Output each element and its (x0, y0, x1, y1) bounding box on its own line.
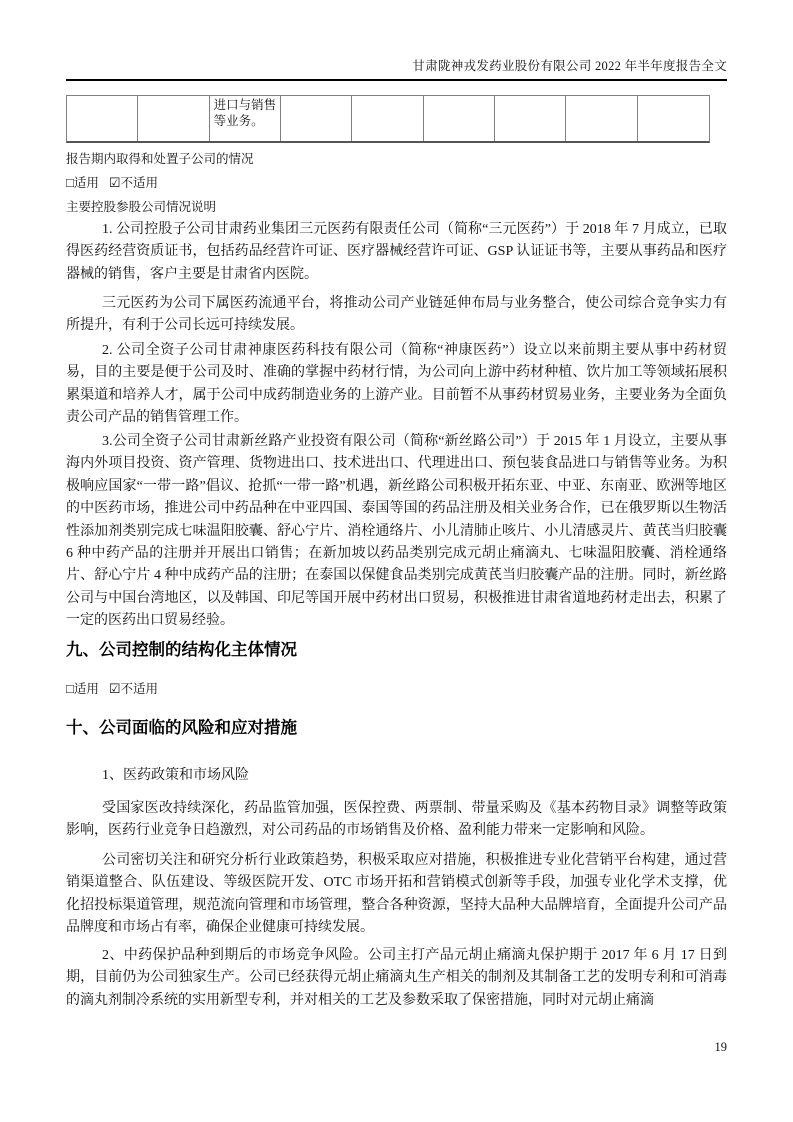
applicability-row-section9: □适用☑不适用 (66, 681, 727, 697)
not-applicable-label: 不适用 (121, 176, 159, 190)
report-title: 甘肃陇神戎发药业股份有限公司 2022 年半年度报告全文 (412, 59, 727, 73)
applicable-label: 适用 (74, 682, 99, 696)
report-page: 甘肃陇神戎发药业股份有限公司 2022 年半年度报告全文 进口与销售等业务。 报… (0, 0, 793, 1122)
applicability-row-subsidiaries: □适用☑不适用 (66, 175, 727, 191)
risk-1-heading: 1、医药政策和市场风险 (66, 766, 727, 786)
holding-note-label: 主要控股参股公司情况说明 (66, 199, 727, 215)
table-cell (495, 96, 566, 141)
paragraph-xinsilu: 3.公司全资子公司甘肃新丝路产业投资有限公司（简称“新丝路公司”）于 2015 … (66, 431, 727, 633)
not-applicable-label: 不适用 (121, 682, 159, 696)
checkbox-unchecked-icon: □ (66, 175, 74, 190)
checkbox-checked-icon: ☑ (109, 175, 121, 190)
running-header: 甘肃陇神戎发药业股份有限公司 2022 年半年度报告全文 (66, 56, 727, 81)
page-number: 19 (715, 1040, 728, 1055)
table-cell (138, 96, 209, 141)
paragraph-sanyuan-2: 三元医药为公司下属医药流通平台，将推动公司产业链延伸布局与业务整合，使公司综合竞… (66, 293, 727, 338)
checkbox-unchecked-icon: □ (66, 681, 74, 696)
table-cell (352, 96, 423, 141)
risk-1-paragraph-2: 公司密切关注和研究分析行业政策趋势，积极采取应对措施，积极推进专业化营销平台构建… (66, 850, 727, 940)
paragraph-shenkang: 2. 公司全资子公司甘肃神康医药科技有限公司（简称“神康医药”）设立以来前期主要… (66, 340, 727, 430)
risk-1-paragraph-1: 受国家医改持续深化，药品监管加强，医保控费、两票制、带量采购及《基本药物目录》调… (66, 798, 727, 843)
acquisition-note-label: 报告期内取得和处置子公司的情况 (66, 151, 727, 167)
checkbox-checked-icon: ☑ (109, 681, 121, 696)
table-cell (281, 96, 352, 141)
section-10-heading: 十、公司面临的风险和应对措施 (66, 718, 727, 738)
table-cell (638, 96, 709, 141)
risk-2-paragraph: 2、中药保护品种到期后的市场竞争风险。公司主打产品元胡止痛滴丸保护期于 2017… (66, 945, 727, 1012)
table-cell: 进口与销售等业务。 (210, 96, 281, 141)
subsidiary-table-fragment: 进口与销售等业务。 (66, 95, 710, 143)
section-9-heading: 九、公司控制的结构化主体情况 (66, 640, 727, 660)
applicable-label: 适用 (74, 176, 99, 190)
paragraph-sanyuan-1: 1. 公司控股子公司甘肃药业集团三元医药有限责任公司（简称“三元医药”）于 20… (66, 219, 727, 286)
table-cell (67, 96, 138, 141)
table-cell (566, 96, 637, 141)
table-cell (424, 96, 495, 141)
